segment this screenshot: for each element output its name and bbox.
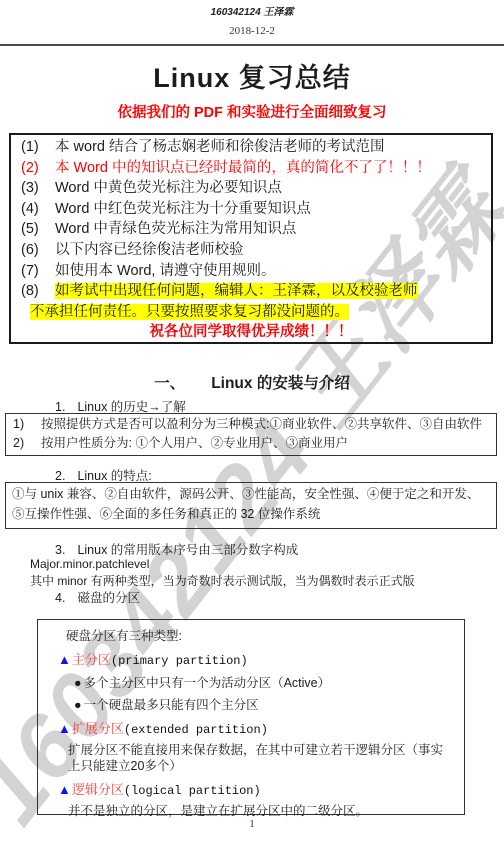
notice-item-number: (3) [21, 178, 55, 199]
subsection-title: 磁盘的分区 [77, 591, 140, 605]
subsection-4-partition: 4.磁盘的分区 [55, 588, 140, 606]
notice-item-8-continued: 不承担任何责任。只要按照要求复习都没问题的。 [30, 302, 491, 323]
document-subtitle: 依据我们的 PDF 和实验进行全面细致复习 [0, 101, 504, 122]
row-number: 1) [13, 415, 41, 434]
section-number: 一、 [154, 375, 185, 392]
partition-primary-bullet-1: ●多个主分区中只有一个为活动分区（Active） [74, 675, 464, 691]
notice-item-text: Word 中黄色荧光标注为必要知识点 [55, 180, 282, 196]
subsection-title: Linux 的历史→了解 [77, 400, 185, 414]
section-heading: 一、Linux 的安装与介绍 [0, 371, 504, 393]
notice-item-text: Word 中青绿色荧光标注为常用知识点 [55, 221, 296, 237]
notice-item-8: (8)如考试中出现任何问题，编辑人：王泽霖，以及校验老师 [11, 281, 491, 302]
version-note-text: 其中 minor 有两种类型，当为奇数时表示测试版，当为偶数时表示正式版 [30, 572, 415, 589]
partition-intro: 硬盘分区有三种类型: [66, 628, 464, 644]
subsection-number: 4. [55, 591, 65, 605]
notice-item-6: (6)以下内容已经徐俊洁老师校验 [11, 240, 491, 261]
document-page: 160342124 王泽霖 160342124 王泽霖 2018-12-2 Li… [0, 0, 504, 848]
notice-item-number: (8) [21, 281, 55, 302]
header-student-id: 160342124 王泽霖 [0, 3, 504, 18]
partition-types-box: 硬盘分区有三种类型: ▲主分区(primary partition) ●多个主分… [37, 619, 465, 815]
triangle-icon: ▲ [58, 721, 71, 736]
notice-item-number: (5) [21, 219, 55, 240]
table-row: 1)按照提供方式是否可以盈利分为三种模式:①商业软件、②共享软件、③自由软件 [6, 415, 496, 434]
notice-item-text-highlighted: 不承担任何责任。只要按照要求复习都没问题的。 [30, 304, 349, 320]
partition-name: 逻辑分区 [72, 782, 124, 797]
history-classification-table: 1)按照提供方式是否可以盈利分为三种模式:①商业软件、②共享软件、③自由软件 2… [5, 413, 497, 456]
notice-item-number: (2) [21, 158, 55, 179]
subsection-number: 2. [55, 469, 65, 483]
notice-item-text: 本 Word 中的知识点已经时最简的，真的简化不了了！！！ [55, 160, 431, 176]
notice-item-number: (7) [21, 261, 55, 282]
table-row: 2)按用户性质分为: ①个人用户、②专业用户、③商业用户 [6, 434, 496, 453]
section-title: Linux 的安装与介绍 [211, 375, 350, 392]
partition-primary-heading: ▲主分区(primary partition) [58, 652, 464, 669]
bullet-text: 多个主分区中只有一个为活动分区（Active） [84, 676, 331, 690]
subsection-title: Linux 的特点: [77, 469, 151, 483]
triangle-icon: ▲ [58, 782, 71, 797]
notice-item-text: 本 word 结合了杨志娴老师和徐俊洁老师的考试范围 [55, 139, 384, 155]
notice-box: (1)本 word 结合了杨志娴老师和徐俊洁老师的考试范围 (2)本 Word … [9, 133, 493, 344]
subsection-number: 3. [55, 543, 65, 557]
row-text: 按照提供方式是否可以盈利分为三种模式:①商业软件、②共享软件、③自由软件 [41, 417, 482, 431]
notice-item-text: Word 中红色荧光标注为十分重要知识点 [55, 201, 311, 217]
bullet-icon: ● [74, 676, 82, 690]
notice-item-number: (1) [21, 137, 55, 158]
notice-item-4: (4)Word 中红色荧光标注为十分重要知识点 [11, 199, 491, 220]
document-title: Linux 复习总结 [0, 56, 504, 95]
notice-item-5: (5)Word 中青绿色荧光标注为常用知识点 [11, 219, 491, 240]
header-divider [0, 44, 504, 46]
subsection-3-version: 3.Linux 的常用版本序号由三部分数字构成 [55, 540, 298, 558]
notice-item-text-highlighted: 如考试中出现任何问题，编辑人：王泽霖，以及校验老师 [55, 283, 418, 299]
features-box: ①与 unix 兼容、②自由软件，源码公开、③性能高，安全性强、④便于定之和开发… [5, 482, 497, 529]
partition-name-english: (primary partition) [111, 654, 248, 668]
notice-item-3: (3)Word 中黄色荧光标注为必要知识点 [11, 178, 491, 199]
partition-extended-description: 扩展分区不能直接用来保存数据，在其中可建立若干逻辑分区（事实上只能建立20多个） [68, 743, 450, 774]
page-content: 160342124 王泽霖 2018-12-2 Linux 复习总结 依据我们的… [0, 0, 504, 848]
partition-name: 主分区 [72, 652, 111, 667]
bullet-text: 一个硬盘最多只能有四个主分区 [84, 698, 259, 712]
bullet-icon: ● [74, 698, 82, 712]
notice-item-number: (6) [21, 240, 55, 261]
row-number: 2) [13, 434, 41, 453]
triangle-icon: ▲ [58, 652, 71, 667]
notice-item-number: (4) [21, 199, 55, 220]
page-number: 1 [0, 818, 504, 830]
partition-primary-bullet-2: ●一个硬盘最多只能有四个主分区 [74, 697, 464, 713]
notice-item-7: (7)如使用本 Word, 请遵守使用规则。 [11, 261, 491, 282]
partition-logical-heading: ▲逻辑分区(logical partition) [58, 782, 464, 799]
subsection-number: 1. [55, 400, 65, 414]
partition-extended-heading: ▲扩展分区(extended partition) [58, 721, 464, 738]
version-format-text: Major.minor.patchlevel [30, 557, 149, 571]
header-date: 2018-12-2 [0, 25, 504, 37]
partition-name-english: (logical partition) [124, 784, 261, 798]
notice-item-1: (1)本 word 结合了杨志娴老师和徐俊洁老师的考试范围 [11, 137, 491, 158]
notice-wish-line: 祝各位同学取得优异成绩！！！ [11, 322, 491, 343]
partition-name: 扩展分区 [72, 721, 124, 736]
notice-item-2: (2)本 Word 中的知识点已经时最简的，真的简化不了了！！！ [11, 158, 491, 179]
subsection-title: Linux 的常用版本序号由三部分数字构成 [77, 543, 298, 557]
partition-name-english: (extended partition) [124, 723, 268, 737]
notice-item-text: 如使用本 Word, 请遵守使用规则。 [55, 263, 275, 279]
row-text: 按用户性质分为: ①个人用户、②专业用户、③商业用户 [41, 436, 348, 450]
notice-item-text: 以下内容已经徐俊洁老师校验 [55, 242, 244, 258]
